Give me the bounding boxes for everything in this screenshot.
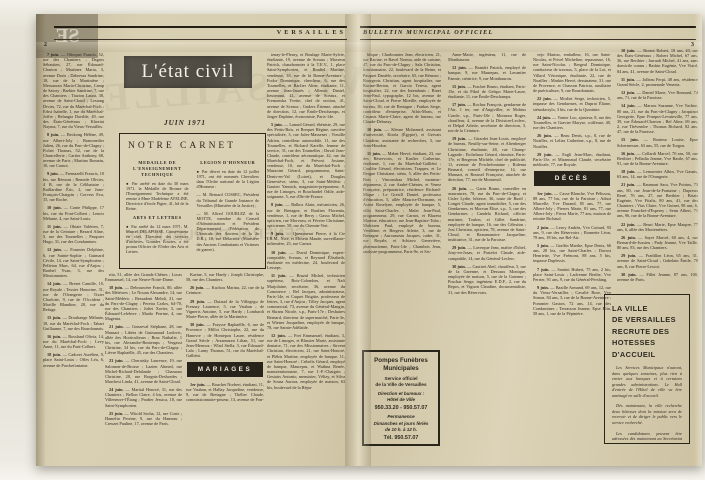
entry-paragraph: 26 juin. — Garin Bruno, conseiller en as…	[448, 186, 526, 243]
newspaper-spread: VERSAILLES GENERAL DE PUBLICITE SE 2 VER…	[36, 14, 702, 466]
medaille-heading: MEDAILLE DE L'ENSEIGNEMENT TECHNIQUE	[126, 160, 189, 178]
entry-paragraph: 14 juin. — Brezet Camille, 10, rue Royal…	[43, 281, 104, 312]
etat-civil-headline: L'état civil	[142, 61, 235, 83]
hotesses-paragraphs: Les Services Municipaux n'auront, dans q…	[612, 365, 682, 444]
arts-lettres-heading: ARTS ET LETTRES	[126, 215, 189, 221]
births-column-1: 7 juin. — Olioquet Francis, 52, rue des …	[43, 52, 104, 464]
etat-civil-headline-box: L'état civil	[124, 56, 252, 88]
center-fold	[345, 14, 371, 466]
pompes-title-line1: Pompes Funèbres	[367, 357, 435, 365]
deces-section-header: DÉCÈS	[534, 171, 610, 185]
left-paper-edge	[36, 14, 46, 466]
entry-paragraph: 10 juin. — Duval Dominique, expert-compt…	[267, 250, 345, 271]
hotesses-title-line: DE VERSAILLES	[612, 314, 682, 325]
deces-column-4: 10 juin. — Breant Robert, 18 ans, 40, ru…	[617, 48, 698, 290]
entry-paragraph: 30 juin. — Cautiret Abel, chauffeur, 5, …	[448, 264, 526, 295]
hotesses-paragraph: Les candidatures peuvent être adressées …	[612, 431, 682, 445]
mariages-column-4: tenay-le-Fleury, et Boulage Marie-Sylvie…	[267, 52, 345, 464]
carnet-left-column: MEDAILLE DE L'ENSEIGNEMENT TECHNIQUE ● P…	[126, 157, 189, 257]
notre-carnet-title: NOTRE CARNET	[128, 141, 259, 151]
entry-paragraph: 12 juin. — Fournier Delphine, 6, rue Sai…	[43, 247, 104, 278]
entry-paragraph: 29 juin. — Dutaud de la Villegegu de Fre…	[186, 299, 264, 320]
births-column-3-entries: Karine, 5, rue Hardy ; Joseph Christophe…	[186, 272, 264, 358]
entry-paragraph: 21 juin. — Baumont Sara, Vve Poirins, 73…	[617, 182, 698, 218]
entry-paragraph: 21 juin. — Gonzeval Stéphane, 28, rue Ma…	[105, 324, 182, 355]
pompes-title-line2: Municipales	[367, 365, 435, 373]
entry-paragraph: 8 juin. — Beckong Hélène, 49, rue Albert…	[43, 132, 104, 168]
entry-paragraph: Anne-Marie, ingénieur, 11, rue de Montba…	[448, 52, 526, 62]
entry-paragraph: 12 juin. — Brandri Patrick, employé de b…	[448, 65, 526, 80]
entry-paragraph: 16 juin. — Collardi Marcel, 70 ans, 50, …	[617, 151, 698, 166]
mariages-right-column-1: blique ; Charbonnier Jean, électricien, …	[363, 52, 441, 346]
entry-paragraph: 11 juin. — Bruzul Michel, technicien sup…	[267, 273, 345, 330]
pompes-subtitle-line2: de la Ville de Versailles	[367, 382, 435, 388]
births-column-2: rita, 51, allée des Grands-Chênes ; Luca…	[105, 272, 182, 464]
entry-paragraph: rita, 51, allée des Grands-Chênes ; Luca…	[105, 272, 182, 282]
entry-paragraph: 26 juin. — Beau Denis, s.p., 8, rue de N…	[533, 133, 611, 148]
entry-paragraph: 7 juin. — Santini Hubert, 75 ans, 2 bis,…	[533, 267, 611, 282]
pompes-hours: de 10 h. à 12 h.	[367, 427, 435, 433]
entry-paragraph: 19 juin. — Girardet Jean-Louis, employé …	[448, 136, 526, 182]
pompes-days: Dimanches et jours fériés	[367, 421, 435, 427]
legion-honneur-heading: LEGION D'HONNEUR	[197, 160, 260, 166]
entry-paragraph: 12 juin. — Frei Emmanuel, étudiant, 3, r…	[267, 333, 345, 390]
entry-paragraph: 24 juin. — Martial Honoré, 31, rue des C…	[105, 387, 182, 408]
hotesses-title: LA VILLEDE VERSAILLESRECRUTE DESHOTESSES…	[612, 303, 682, 360]
mariages-column-3-end-entries: vejo Marino, emballeur, 16, rue Saint-Ni…	[533, 52, 611, 167]
entry-paragraph: 11 juin. — Mabet Hervé, étudiant, 23, ru…	[363, 151, 441, 254]
entry-paragraph: 25 juin. — Witold Sacha, 12, rue Coste ;…	[105, 411, 182, 426]
entry-paragraph: 9 juin. — Bazille Armand, 69 ans, 12, ru…	[533, 285, 611, 316]
right-top-rule	[360, 26, 696, 28]
entry-paragraph: 7 juin. — Olioquet Francis, 52, rue des …	[43, 52, 104, 129]
entry-paragraph: 26 juin. — Kachou Marina, 22, rue de la …	[186, 285, 264, 295]
entry-paragraph: 15 juin. — Bouteur Louise, Epse Schermes…	[617, 137, 698, 147]
entry-paragraph: 17 juin. — Rochas François, gendarme de …	[448, 102, 526, 133]
entry-paragraph: 10 juin. — Breant Robert, 18 ans, 40, ru…	[617, 48, 698, 74]
hotesses-title-line: RECRUTE DES	[612, 326, 682, 337]
left-running-header: VERSAILLES	[186, 29, 346, 36]
entry-paragraph: 15 juin. — Drouhange Mélanie, 18, rue du…	[43, 315, 104, 330]
entry-paragraph: 1er juin. — Casse Blanche, Vve Pélissou,…	[533, 191, 611, 222]
entry-paragraph: 11 juin. — Obiate Valérien, 7, rue de la…	[43, 224, 104, 245]
mariages-right-column-2: Anne-Marie, ingénieur, 11, rue de Montba…	[448, 52, 526, 464]
legion-paragraph: — M. Alfred GOURLEZ de la MOTTE, membre …	[197, 211, 260, 252]
legion-paragraph: ● Par décret en date du 12 juillet 1971,…	[197, 169, 260, 190]
entry-paragraph: 29 juin. — Laverque Jean, maître d'hôtel…	[448, 245, 526, 260]
legion-paragraph: — M. Bernard COSSEC, Président du Tribun…	[197, 192, 260, 207]
entry-paragraph: 30 juin. — Fillet Jeanne, 87 ans, 100, a…	[617, 272, 698, 282]
entry-paragraph: 9 juin. — Quemmerat Pierre, à la Cie I.B…	[267, 231, 345, 246]
entry-paragraph: 29 juin. — Eagli Jean-Marc, étudiant, Pa…	[533, 152, 611, 167]
entry-paragraph: 2 juin. — Leroy Andréa, Vve Cottard, 93 …	[533, 225, 611, 240]
right-running-header: BULLETIN MUNICIPAL OFFICIEL	[363, 29, 493, 36]
births-mariages-column-3: Karine, 5, rue Hardy ; Joseph Christophe…	[186, 272, 264, 464]
entry-paragraph: blique ; Charbonnier Jean, électricien, …	[363, 52, 441, 124]
carnet-right-column: LEGION D'HONNEUR ● Par décret en date du…	[197, 157, 260, 257]
hotesses-title-line: D'ACCUEIL	[612, 349, 682, 360]
entry-paragraph: 22 juin. — Morliet Serge, technicien, 5,…	[533, 96, 611, 111]
pompes-hotel-line: Hôtel de Ville	[367, 397, 435, 403]
mariages-deces-column-3: vejo Marino, emballeur, 16, rue Saint-Ni…	[533, 52, 611, 464]
entry-paragraph: 23 juin. — Cheratsky Laurence, 19, rue S…	[105, 358, 182, 384]
entry-paragraph: Karine, 5, rue Hardy ; Joseph Christophe…	[186, 272, 264, 282]
issue-month: JUIN 1971	[105, 119, 265, 127]
notre-carnet-box: NOTRE CARNET MEDAILLE DE L'ENSEIGNEMENT …	[119, 133, 266, 269]
entry-paragraph: 10 juin. — Conte Philippe, 17 bis, rue d…	[43, 205, 104, 220]
entry-paragraph: 12 juin. — Daniel Marie, Vve Bonnard, 74…	[617, 90, 698, 100]
entry-paragraph: tenay-le-Fleury, et Boulage Marie-Sylvie…	[267, 52, 345, 119]
legion-honneur-paragraphs: ● Par décret en date du 12 juillet 1971,…	[197, 169, 260, 252]
pompes-phones: 950.33.20 - 950.57.07	[367, 405, 435, 411]
entry-paragraph: 29 juin. — Fradillon Léon, 65 ans, 31, a…	[617, 253, 698, 268]
mariages-section-header: MARIAGES	[187, 362, 263, 376]
right-header-rule	[360, 39, 696, 40]
entry-paragraph: 15 juin. — Frachet Bruno, étudiant, Pari…	[448, 84, 526, 99]
medaille-text: ● Par arrêté en date du 30 mars 1971, la…	[126, 181, 189, 212]
newspaper-scan: VERSAILLES GENERAL DE PUBLICITE SE 2 VER…	[0, 0, 705, 480]
entry-paragraph: 22 juin. — Beurt Marie, Epse Maupre, 77 …	[617, 222, 698, 232]
entry-paragraph: 10 juin. — Klesne Mohamed, assistant d'u…	[363, 127, 441, 148]
entry-paragraph: 14 juin. — Marrou Suzanne, Vve Vachez, 8…	[617, 103, 698, 134]
entry-paragraph: 8 juin. — Balbos Alain, mécanicien, 26, …	[267, 202, 345, 228]
hotesses-paragraph: Les Services Municipaux n'auront, dans q…	[612, 365, 682, 398]
pompes-tel: Tél. 950.57.07	[367, 435, 435, 441]
entry-paragraph: 16 juin. — Bossland Olivia, 14, rue du M…	[43, 334, 104, 349]
left-top-rule	[54, 26, 347, 28]
entry-paragraph: 24 juin. — Vanier Luc, ajusteur, 8, rue …	[533, 115, 611, 130]
hotesses-title-line: HOTESSES	[612, 337, 682, 348]
entry-paragraph: 5 juin. — Graffin Marthe, Epse Denis, 66…	[533, 243, 611, 264]
mariages-column-3-entries: 1er juin. — Bouchet Norbert, étudiant, 1…	[186, 382, 264, 403]
hotesses-title-line: LA VILLE	[612, 303, 682, 314]
left-header-rule	[54, 39, 347, 40]
entry-paragraph: 1er juin. — Bouchet Norbert, étudiant, 1…	[186, 382, 264, 403]
entry-paragraph: 11 juin. — Jolleau Ferpi, 48 ans, réside…	[617, 77, 698, 87]
entry-paragraph: 18 juin. — Debrauwère Franck, 80, allée …	[105, 285, 182, 321]
entry-paragraph: 18 juin. — Lemarmier Albin, Vve Gasnis, …	[617, 169, 698, 179]
right-paper-edge	[694, 14, 702, 466]
entry-paragraph: 9 juin. — Fremazelli Francis, 10 bis, ru…	[43, 171, 104, 202]
entry-paragraph: vejo Marino, emballeur, 16, rue Saint-Ni…	[533, 52, 611, 93]
deces-column-3-entries: 1er juin. — Casse Blanche, Vve Pélissou,…	[533, 191, 611, 316]
entry-paragraph: 5 juin. — Lanard Gérard, ébéniste, 29, r…	[267, 122, 345, 199]
entry-paragraph: 18 juin. — Cadoret Aurélien, 9, place Sa…	[43, 352, 104, 367]
arts-lettres-text: ● Par arrêté du 12 mars 1971, M. Marcel …	[126, 224, 189, 255]
entry-paragraph: 26 juin. — Sayet Marcel, 60 ans, 4, rue …	[617, 235, 698, 250]
hotesses-paragraph: Dès maintenant, la ville recherche deux …	[612, 403, 682, 425]
hotesses-accueil-box: LA VILLEDE VERSAILLESRECRUTE DESHOTESSES…	[604, 294, 690, 444]
entry-paragraph: 30 juin. — Fraysse Raphaëlle, 6, rue de …	[186, 322, 264, 358]
pompes-funebres-box: Pompes Funèbres Municipales Service offi…	[362, 350, 440, 446]
